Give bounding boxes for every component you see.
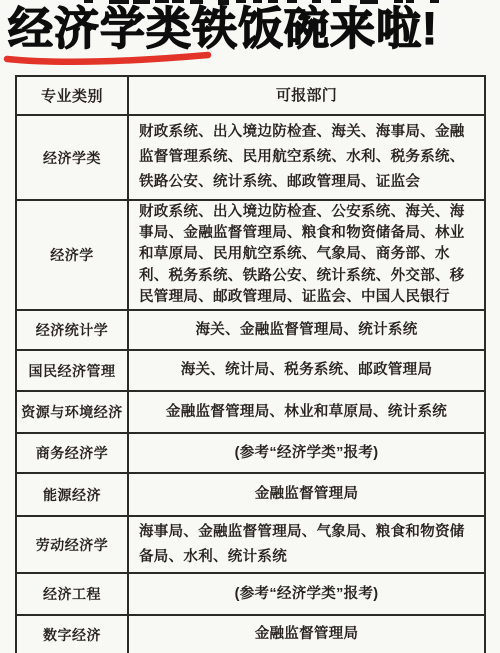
page-title: 经济学类铁饭碗来啦! — [8, 2, 438, 56]
table-row: 商务经济学 (参考“经济学类”报考) — [17, 432, 484, 472]
departments-cell: 财政系统、出入境边防检查、海关、海事局、金融监督管理系统、民用航空系统、水利、税… — [129, 116, 484, 199]
departments-cell: (参考“经济学类”报考) — [129, 574, 484, 614]
major-cell: 资源与环境经济 — [17, 392, 129, 432]
table-row: 经济统计学 海关、金融监督管理局、统计系统 — [17, 309, 484, 349]
major-cell: 数字经济 — [17, 616, 129, 653]
table-row: 能源经济 金融监督管理局 — [17, 472, 484, 515]
major-cell: 商务经济学 — [17, 434, 129, 472]
departments-cell: (参考“经济学类”报考) — [129, 434, 484, 472]
table-header-row: 专业类别 可报部门 — [17, 77, 484, 114]
major-cell: 劳动经济学 — [17, 517, 129, 572]
departments-cell: 海事局、金融监督管理局、气象局、粮食和物资储备局、水利、统计系统 — [129, 517, 484, 572]
departments-cell: 海关、金融监督管理局、统计系统 — [129, 311, 484, 349]
departments-cell: 金融监督管理局 — [129, 474, 484, 515]
table-row: 劳动经济学 海事局、金融监督管理局、气象局、粮食和物资储备局、水利、统计系统 — [17, 515, 484, 572]
major-cell: 能源经济 — [17, 474, 129, 515]
major-cell: 经济统计学 — [17, 311, 129, 349]
major-cell: 经济工程 — [17, 574, 129, 614]
major-cell: 经济学类 — [17, 116, 129, 199]
table-row: 国民经济管理 海关、统计局、税务系统、邮政管理局 — [17, 349, 484, 390]
title-underline — [2, 51, 214, 67]
table-row: 数字经济 金融监督管理局 — [17, 614, 484, 653]
departments-cell: 金融监督管理局 — [129, 616, 484, 653]
table-row: 资源与环境经济 金融监督管理局、林业和草原局、统计系统 — [17, 390, 484, 432]
major-cell: 国民经济管理 — [17, 351, 129, 390]
major-cell: 经济学 — [17, 201, 129, 309]
majors-departments-table: 专业类别 可报部门 经济学类 财政系统、出入境边防检查、海关、海事局、金融监督管… — [15, 75, 486, 653]
table-row: 经济工程 (参考“经济学类”报考) — [17, 572, 484, 614]
col-header-major: 专业类别 — [17, 77, 129, 114]
departments-cell: 海关、统计局、税务系统、邮政管理局 — [129, 351, 484, 390]
departments-cell: 金融监督管理局、林业和草原局、统计系统 — [129, 392, 484, 432]
infographic-page: 经济学类铁饭碗来啦! 专业类别 可报部门 经济学类 财政系统、出入境边防检查、海… — [0, 0, 500, 653]
col-header-departments: 可报部门 — [129, 77, 484, 114]
departments-cell: 财政系统、出入境边防检查、公安系统、海关、海事局、金融监督管理局、粮食和物资储备… — [129, 201, 484, 309]
table-row: 经济学类 财政系统、出入境边防检查、海关、海事局、金融监督管理系统、民用航空系统… — [17, 114, 484, 199]
table-row: 经济学 财政系统、出入境边防检查、公安系统、海关、海事局、金融监督管理局、粮食和… — [17, 199, 484, 309]
